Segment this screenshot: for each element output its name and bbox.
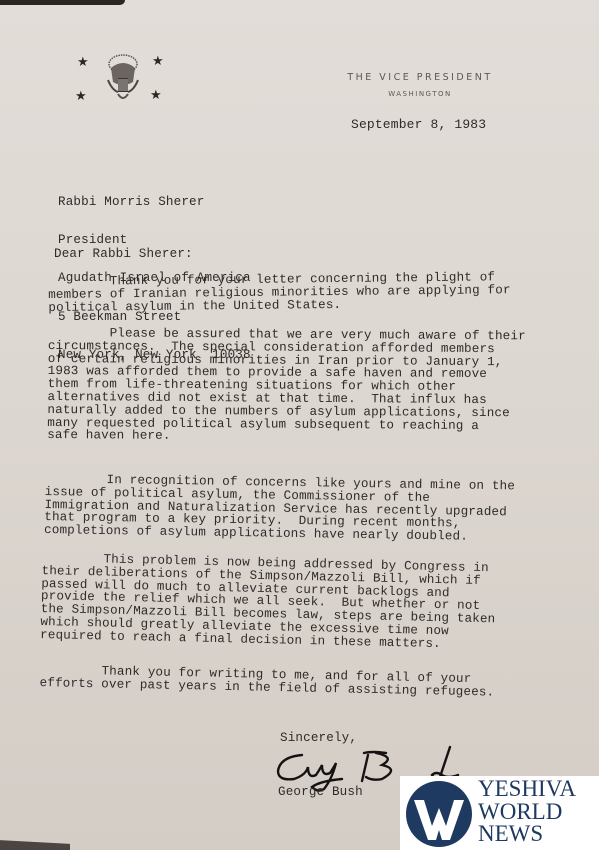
logo-line-2: WORLD (478, 801, 576, 824)
letter-date: September 8, 1983 (351, 119, 486, 132)
star-icon: ★ (77, 55, 89, 70)
star-icon: ★ (75, 89, 87, 104)
signer-name: George Bush (278, 786, 363, 799)
logo-line-1: YESHIVA (478, 778, 576, 801)
recipient-name: Rabbi Morris Sherer (58, 196, 251, 209)
eagle-emblem-icon (106, 52, 140, 112)
salutation: Dear Rabbi Sherer: (54, 248, 193, 261)
letterhead-city: WASHINGTON (330, 90, 510, 98)
ywn-logo-icon (404, 778, 474, 848)
body-paragraph-3: In recognition of concerns like yours an… (44, 473, 515, 544)
yeshiva-world-news-watermark: YESHIVA WORLD NEWS (400, 776, 599, 850)
star-icon: ★ (152, 54, 164, 69)
letterhead-office: THE VICE PRESIDENT (330, 72, 510, 83)
table-edge-shadow (0, 0, 125, 5)
ywn-logo-text: YESHIVA WORLD NEWS (478, 778, 576, 846)
recipient-title: President (58, 234, 251, 247)
closing: Sincerely, (280, 732, 357, 745)
letterhead: THE VICE PRESIDENT WASHINGTON (330, 72, 510, 98)
logo-line-3: NEWS (478, 823, 576, 846)
body-paragraph-2: Please be assured that we are very much … (47, 327, 526, 446)
body-paragraph-4: This problem is now being addressed by C… (40, 552, 497, 652)
star-icon: ★ (150, 88, 162, 103)
vice-presidential-seal: ★ ★ ★ ★ (74, 52, 170, 116)
body-paragraph-1: Thank you for your letter concerning the… (48, 271, 511, 314)
